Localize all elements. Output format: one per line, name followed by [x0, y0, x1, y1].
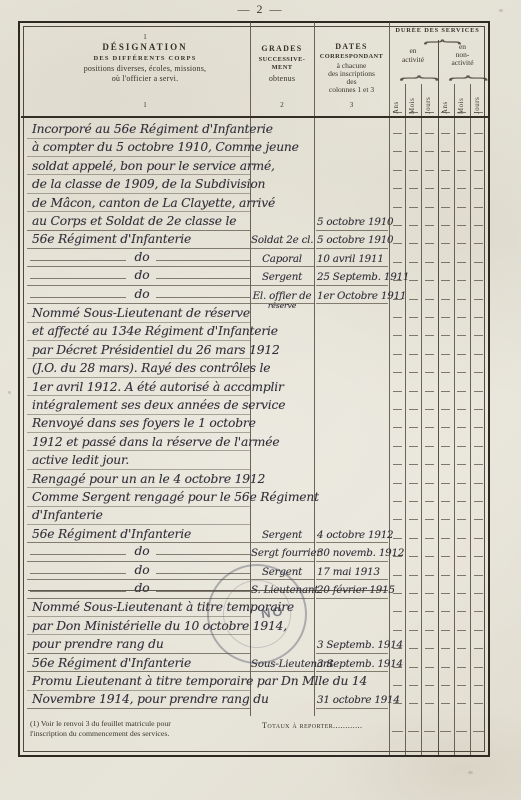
- duration-dash: [474, 299, 483, 300]
- duration-dash: [474, 112, 483, 113]
- duration-dash: [393, 372, 402, 373]
- duration-dash: [457, 188, 466, 189]
- date-cell: 3 Septemb. 1914: [317, 639, 403, 651]
- duration-dash: [393, 538, 402, 539]
- duration-dash: [441, 593, 450, 594]
- duration-dash: [474, 280, 483, 281]
- duration-dash: [425, 299, 434, 300]
- grade-cell-secondary: réserve: [251, 301, 313, 310]
- date-rule: [316, 653, 388, 654]
- duration-dash: [474, 464, 483, 465]
- row-rule: [27, 303, 250, 304]
- duration-dash: [393, 630, 402, 631]
- divider-mois-jours-act: [421, 84, 422, 755]
- date-rule: [316, 542, 388, 543]
- duration-dash: [425, 648, 434, 649]
- grade-rule: [251, 542, 315, 543]
- ditto-rule-left: [30, 297, 126, 298]
- row-rule: [27, 432, 250, 433]
- duration-dash: [409, 575, 418, 576]
- designation-cell: de Mâcon, canton de La Clayette, arrivé: [32, 196, 275, 210]
- duration-dash: [457, 243, 466, 244]
- duration-dash: [425, 519, 434, 520]
- ditto-mark: do: [128, 581, 156, 595]
- designation-cell: 1912 et passé dans la réserve de l'armée: [32, 435, 279, 449]
- duration-dash: [425, 464, 434, 465]
- duration-dash: [457, 335, 466, 336]
- duration-dash: [425, 427, 434, 428]
- duration-dash: [441, 243, 450, 244]
- date-cell: 17 mai 1913: [317, 566, 380, 578]
- row-rule: [27, 395, 250, 396]
- duration-dash: [441, 225, 450, 226]
- duration-dash: [457, 372, 466, 373]
- date-cell: 31 octobre 1914: [317, 694, 400, 706]
- duration-dash: [474, 703, 483, 704]
- designation-cell: 56e Régiment d'Infanterie: [32, 232, 191, 246]
- duration-dash: [409, 299, 418, 300]
- designation-cell: intégralement ses deux années de service: [32, 398, 285, 412]
- row-rule: [27, 450, 250, 451]
- duration-dash: [425, 593, 434, 594]
- header-bottom-rule: [21, 116, 489, 118]
- grade-rule: [251, 266, 315, 267]
- duration-dash: [393, 685, 402, 686]
- date-rule: [316, 248, 388, 249]
- divider-col2-col3: [314, 22, 315, 716]
- divider-ans-mois-nonact: [454, 84, 455, 755]
- duration-dash: [457, 151, 466, 152]
- duration-dash: [457, 483, 466, 484]
- duration-dash: [409, 611, 418, 612]
- duration-dash: [393, 354, 402, 355]
- duration-dash: [425, 446, 434, 447]
- col1-top-number: 1: [60, 33, 230, 41]
- date-rule: [316, 671, 388, 672]
- duration-dash: [393, 464, 402, 465]
- duration-dash: [409, 667, 418, 668]
- duration-dash: [441, 667, 450, 668]
- duration-dash: [457, 519, 466, 520]
- duration-dash: [474, 354, 483, 355]
- duration-dash: [425, 372, 434, 373]
- duration-dash: [474, 133, 483, 134]
- designation-cell: 56e Régiment d'Infanterie: [32, 527, 191, 541]
- duration-dash: [409, 207, 418, 208]
- duration-dash: [425, 409, 434, 410]
- grade-rule: [251, 248, 315, 249]
- duration-dash: [425, 556, 434, 557]
- duration-dash: [474, 188, 483, 189]
- designation-cell: Rengagé pour un an le 4 octobre 1912: [32, 472, 265, 486]
- ditto-rule-left: [30, 573, 126, 574]
- duration-dash: [457, 446, 466, 447]
- duration-dash: [393, 170, 402, 171]
- duration-total-dash: [456, 731, 467, 732]
- paper-speck: [468, 771, 473, 774]
- duration-dash: [409, 133, 418, 134]
- duration-dash: [409, 170, 418, 171]
- designation-cell: à compter du 5 octobre 1910, Comme jeune: [32, 140, 299, 154]
- date-rule: [316, 561, 388, 562]
- duration-dash: [393, 317, 402, 318]
- duration-dash: [409, 317, 418, 318]
- duration-dash: [474, 170, 483, 171]
- duration-dash: [441, 575, 450, 576]
- duration-dash: [457, 556, 466, 557]
- duration-dash: [457, 464, 466, 465]
- duration-dash: [474, 593, 483, 594]
- col-ans-nonactivite-label: Ans: [442, 84, 449, 114]
- paper-speck: [499, 9, 503, 12]
- duration-dash: [409, 372, 418, 373]
- duration-dash: [474, 243, 483, 244]
- duration-dash: [474, 538, 483, 539]
- row-rule: [27, 671, 250, 672]
- duration-dash: [474, 446, 483, 447]
- ditto-mark: do: [128, 287, 156, 301]
- row-rule: [27, 174, 250, 175]
- duration-dash: [425, 207, 434, 208]
- duration-dash: [441, 483, 450, 484]
- paper-speck: [8, 391, 11, 394]
- col2-line4: obtenus: [251, 74, 313, 83]
- duration-dash: [409, 538, 418, 539]
- duree-group1-l1: en: [390, 46, 436, 55]
- designation-cell: pour prendre rang du: [32, 637, 164, 651]
- duration-dash: [393, 299, 402, 300]
- duration-dash: [409, 593, 418, 594]
- duration-dash: [457, 538, 466, 539]
- duration-dash: [409, 464, 418, 465]
- duration-dash: [474, 685, 483, 686]
- duration-dash: [457, 667, 466, 668]
- duration-dash: [474, 667, 483, 668]
- footnote: (1) Voir le renvoi 3 du feuillet matricu…: [30, 719, 258, 738]
- duration-dash: [457, 317, 466, 318]
- col1-line4: où l'officier a servi.: [45, 74, 245, 83]
- duration-dash: [441, 188, 450, 189]
- designation-cell: Nommé Sous-Lieutenant de réserve: [32, 306, 250, 320]
- designation-cell: au Corps et Soldat de 2e classe le: [32, 214, 236, 228]
- duration-dash: [409, 225, 418, 226]
- duration-dash: [393, 483, 402, 484]
- duration-dash: [474, 409, 483, 410]
- duration-dash: [441, 611, 450, 612]
- col-mois-activite-label: Mois: [409, 84, 416, 114]
- duration-dash: [393, 151, 402, 152]
- row-rule: [27, 653, 250, 654]
- ditto-rule-left: [30, 554, 126, 555]
- duration-dash: [409, 685, 418, 686]
- col2-number: 2: [251, 101, 313, 109]
- duration-dash: [425, 151, 434, 152]
- row-rule: [27, 193, 250, 194]
- duration-dash: [425, 262, 434, 263]
- date-rule: [316, 579, 388, 580]
- duration-dash: [474, 575, 483, 576]
- duration-dash: [409, 243, 418, 244]
- duration-dash: [441, 112, 450, 113]
- duration-dash: [474, 427, 483, 428]
- duration-dash: [409, 151, 418, 152]
- duration-dash: [425, 280, 434, 281]
- duration-dash: [409, 188, 418, 189]
- duration-dash: [425, 133, 434, 134]
- ditto-rule-right: [156, 554, 250, 555]
- row-rule: [27, 340, 250, 341]
- footnote-line2: l'inscription du commencement des servic…: [30, 729, 169, 738]
- duration-dash: [441, 630, 450, 631]
- row-rule: [27, 414, 250, 415]
- duration-dash: [457, 262, 466, 263]
- duration-dash: [393, 112, 402, 113]
- date-rule: [316, 266, 388, 267]
- duration-dash: [441, 299, 450, 300]
- page-number: — 2 —: [0, 2, 521, 17]
- duration-dash: [441, 556, 450, 557]
- duration-dash: [441, 133, 450, 134]
- duration-dash: [474, 556, 483, 557]
- duration-dash: [457, 280, 466, 281]
- date-cell: 25 Septemb. 1911: [317, 271, 409, 283]
- divider-mois-jours-nonact: [470, 84, 471, 755]
- designation-cell: soldat appelé, bon pour le service armé,: [32, 159, 275, 173]
- duration-dash: [425, 667, 434, 668]
- duration-dash: [425, 685, 434, 686]
- duration-dash: [425, 335, 434, 336]
- duration-dash: [441, 372, 450, 373]
- duration-dash: [425, 112, 434, 113]
- duration-dash: [409, 703, 418, 704]
- col1-number: 1: [60, 101, 230, 109]
- duration-dash: [425, 317, 434, 318]
- grade-cell: Sergent: [251, 271, 313, 283]
- row-rule: [27, 506, 250, 507]
- duration-dash: [441, 170, 450, 171]
- divider-ans-mois-act: [405, 84, 406, 755]
- duration-dash: [425, 575, 434, 576]
- row-rule: [27, 561, 250, 562]
- grade-rule: [251, 561, 315, 562]
- designation-cell: 1er avril 1912. A été autorisé à accompl…: [32, 380, 284, 394]
- designation-cell: de la classe de 1909, de la Subdivision: [32, 177, 265, 191]
- duration-dash: [393, 133, 402, 134]
- col-jours-activite-label: Jours: [425, 84, 432, 114]
- duration-dash: [393, 446, 402, 447]
- duration-dash: [409, 391, 418, 392]
- col1-title: DÉSIGNATION: [45, 42, 245, 52]
- col-jours-nonactivite-label: Jours: [474, 84, 481, 114]
- duration-dash: [393, 611, 402, 612]
- duration-dash: [474, 151, 483, 152]
- row-rule: [27, 211, 250, 212]
- col2-title: GRADES: [251, 44, 313, 53]
- duration-dash: [409, 335, 418, 336]
- duration-dash: [441, 464, 450, 465]
- duration-dash: [393, 225, 402, 226]
- duration-dash: [474, 391, 483, 392]
- postmark-letters: NO: [260, 603, 285, 621]
- duration-dash: [409, 483, 418, 484]
- duration-dash: [425, 703, 434, 704]
- duration-dash: [441, 391, 450, 392]
- ditto-mark: do: [128, 563, 156, 577]
- duration-dash: [393, 243, 402, 244]
- row-rule: [27, 542, 250, 543]
- duration-dash: [441, 207, 450, 208]
- row-rule: [27, 579, 250, 580]
- col3-line2: CORRESPONDANT: [315, 53, 388, 60]
- duration-dash: [457, 409, 466, 410]
- activite-brace: {: [399, 74, 441, 83]
- duration-dash: [409, 262, 418, 263]
- duration-dash: [393, 703, 402, 704]
- duration-dash: [393, 501, 402, 502]
- duree-group1-l2: activité: [390, 55, 436, 64]
- date-cell: 5 octobre 1910: [317, 234, 393, 246]
- col3-number: 3: [315, 101, 388, 109]
- date-cell: 1er Octobre 1911: [317, 290, 406, 302]
- designation-cell: et affecté au 134e Régiment d'Infanterie: [32, 324, 278, 338]
- duration-dash: [425, 391, 434, 392]
- duration-total-dash: [408, 731, 419, 732]
- col2-line3: MENT: [251, 64, 313, 71]
- duration-dash: [425, 501, 434, 502]
- duration-dash: [425, 354, 434, 355]
- row-rule: [27, 469, 250, 470]
- strikethrough-line: [28, 590, 388, 591]
- duration-dash: [393, 556, 402, 557]
- duration-dash: [425, 243, 434, 244]
- duration-dash: [441, 151, 450, 152]
- duration-dash: [474, 335, 483, 336]
- duration-dash: [393, 519, 402, 520]
- duration-dash: [457, 611, 466, 612]
- duration-dash: [441, 427, 450, 428]
- ditto-rule-right: [156, 297, 250, 298]
- duration-dash: [393, 593, 402, 594]
- designation-cell: active ledit jour.: [32, 453, 129, 467]
- designation-cell: d'Infanterie: [32, 508, 103, 522]
- col-mois-nonactivite-label: Mois: [458, 84, 465, 114]
- grade-rule: [251, 285, 315, 286]
- duration-dash: [409, 501, 418, 502]
- non-activite-brace: {: [448, 74, 490, 83]
- duration-dash: [425, 170, 434, 171]
- duration-dash: [393, 648, 402, 649]
- row-rule: [27, 690, 250, 691]
- row-rule: [27, 358, 250, 359]
- duration-dash: [457, 685, 466, 686]
- duree-title: DURÉE DES SERVICES: [389, 27, 486, 34]
- date-rule: [316, 230, 388, 231]
- row-rule: [27, 230, 250, 231]
- duration-dash: [441, 446, 450, 447]
- col2-line2: SUCCESSIVE-: [251, 56, 313, 63]
- ditto-mark: do: [128, 544, 156, 558]
- duration-dash: [425, 630, 434, 631]
- scanned-service-record-page: — 2 — 1 DÉSIGNATION DES DIFFÉRENTS CORPS…: [0, 0, 521, 800]
- col1-line3: positions diverses, écoles, missions,: [35, 64, 255, 73]
- col3-title: DATES: [315, 42, 388, 51]
- duration-dash: [457, 593, 466, 594]
- row-rule: [27, 377, 250, 378]
- designation-cell: 56e Régiment d'Infanterie: [32, 656, 191, 670]
- duration-dash: [474, 648, 483, 649]
- col-ans-activite-label: Ans: [393, 84, 400, 114]
- designation-cell: Comme Sergent rengagé pour le 56e Régime…: [32, 490, 319, 504]
- duration-dash: [409, 648, 418, 649]
- duration-dash: [425, 538, 434, 539]
- date-rule: [316, 285, 388, 286]
- duration-total-dash: [424, 731, 435, 732]
- duration-dash: [474, 207, 483, 208]
- designation-cell: Promu Lieutenant à titre temporaire par …: [32, 674, 367, 688]
- date-rule: [316, 708, 388, 709]
- designation-cell: Renvoyé dans ses foyers le 1 octobre: [32, 416, 256, 430]
- date-cell: 4 octobre 1912: [317, 529, 393, 541]
- designation-cell: par Décret Présidentiel du 26 mars 1912: [32, 343, 280, 357]
- grade-rule: [251, 671, 315, 672]
- duration-dash: [441, 501, 450, 502]
- duration-dash: [457, 112, 466, 113]
- grade-cell: Sergt fourrier: [251, 547, 313, 559]
- duration-dash: [393, 667, 402, 668]
- ditto-rule-right: [156, 278, 250, 279]
- duration-dash: [474, 630, 483, 631]
- duration-dash: [393, 409, 402, 410]
- duree-group2-l3: activité: [440, 58, 485, 67]
- duration-dash: [441, 648, 450, 649]
- duration-dash: [441, 538, 450, 539]
- duration-total-dash: [440, 731, 451, 732]
- designation-cell: Novembre 1914, pour prendre rang du: [32, 692, 269, 706]
- date-rule: [316, 598, 388, 599]
- duration-dash: [409, 112, 418, 113]
- duration-dash: [457, 207, 466, 208]
- date-cell: 30 novemb. 1912: [317, 547, 404, 559]
- duration-dash: [441, 685, 450, 686]
- duration-dash: [457, 648, 466, 649]
- duration-dash: [457, 703, 466, 704]
- duration-dash: [409, 556, 418, 557]
- duration-total-dash: [473, 731, 484, 732]
- designation-cell: Incorporé au 56e Régiment d'Infanterie: [32, 122, 273, 136]
- duration-dash: [409, 446, 418, 447]
- col3-line6: colonnes 1 et 3: [315, 85, 388, 94]
- duration-dash: [457, 391, 466, 392]
- duration-dash: [474, 519, 483, 520]
- row-rule: [27, 156, 250, 157]
- duration-dash: [393, 207, 402, 208]
- duration-dash: [409, 630, 418, 631]
- duration-dash: [457, 354, 466, 355]
- duration-dash: [393, 335, 402, 336]
- duration-dash: [409, 280, 418, 281]
- duration-dash: [393, 188, 402, 189]
- duration-dash: [393, 280, 402, 281]
- grade-cell: Sergent: [251, 529, 313, 541]
- row-rule: [27, 708, 250, 709]
- duration-dash: [457, 133, 466, 134]
- duration-dash: [441, 335, 450, 336]
- duration-dash: [425, 483, 434, 484]
- duration-dash: [393, 391, 402, 392]
- duration-dash: [441, 262, 450, 263]
- duration-dash: [474, 501, 483, 502]
- col1-subtitle: DES DIFFÉRENTS CORPS: [45, 55, 245, 62]
